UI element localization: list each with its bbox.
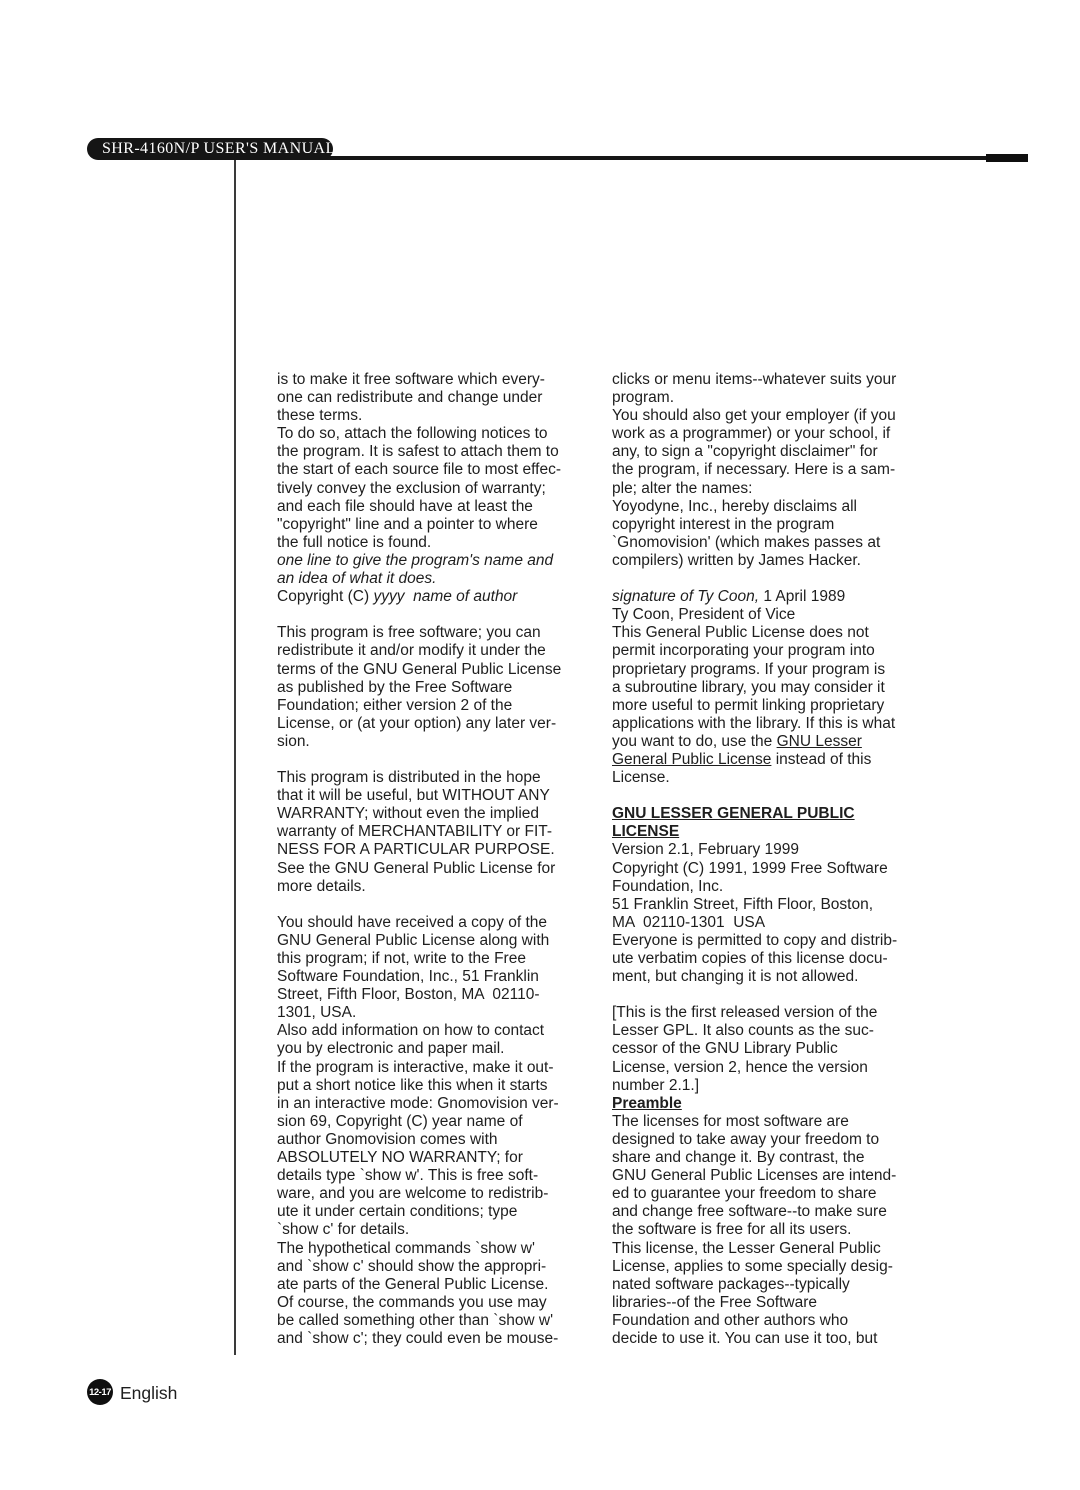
text-line: ed to guarantee your freedom to share [612, 1185, 897, 1203]
manual-title: SHR-4160N/P USER'S MANUAL [102, 140, 336, 158]
text-line [612, 986, 897, 1004]
text-segment: clicks or menu items--whatever suits you… [612, 371, 896, 388]
text-line: LICENSE [612, 823, 897, 841]
text-segment: This program is free software; you can [277, 624, 541, 641]
text-line: License, version 2, hence the version [612, 1059, 897, 1077]
text-segment: you by electronic and paper mail. [277, 1040, 504, 1057]
text-segment: be called something other than `show w' [277, 1312, 553, 1329]
text-line: ute verbatim copies of this license docu… [612, 950, 897, 968]
text-segment: Also add information on how to contact [277, 1022, 544, 1039]
manual-page: SHR-4160N/P USER'S MANUAL is to make it … [0, 0, 1080, 1490]
text-line: is to make it free software which every- [277, 371, 561, 389]
text-segment: author Gnomovision comes with [277, 1131, 498, 1148]
text-segment: You should also get your employer (if yo… [612, 407, 896, 424]
text-line: one line to give the program's name and [277, 552, 561, 570]
text-segment: the start of each source file to most ef… [277, 461, 561, 478]
text-segment: sion. [277, 733, 310, 750]
text-segment: share and change it. By contrast, the [612, 1149, 864, 1166]
text-segment: one can redistribute and change under [277, 389, 542, 406]
text-line: This license, the Lesser General Public [612, 1240, 897, 1258]
text-segment: program. [612, 389, 674, 406]
text-line: GNU General Public Licenses are intend- [612, 1167, 897, 1185]
text-line: Foundation; either version 2 of the [277, 697, 561, 715]
text-segment: GNU General Public License along with [277, 932, 549, 949]
text-line: the program, if necessary. Here is a sam… [612, 461, 897, 479]
text-line: Ty Coon, President of Vice [612, 606, 897, 624]
text-line: in an interactive mode: Gnomovision ver- [277, 1095, 561, 1113]
text-segment: Foundation; either version 2 of the [277, 697, 512, 714]
text-line: and `show c'; they could even be mouse- [277, 1330, 561, 1348]
text-segment: You should have received a copy of the [277, 914, 547, 931]
text-line: the program. It is safest to attach them… [277, 443, 561, 461]
text-line: number 2.1.] [612, 1077, 897, 1095]
text-line: "copyright" line and a pointer to where [277, 516, 561, 534]
text-line: 1301, USA. [277, 1004, 561, 1022]
text-segment: compilers) written by James Hacker. [612, 552, 861, 569]
text-line: the full notice is found. [277, 534, 561, 552]
text-line: any, to sign a "copyright disclaimer" fo… [612, 443, 897, 461]
text-segment: ment, but changing it is not allowed. [612, 968, 858, 985]
text-line: Software Foundation, Inc., 51 Franklin [277, 968, 561, 986]
text-segment: work as a programmer) or your school, if [612, 425, 890, 442]
text-segment: See the GNU General Public License for [277, 860, 555, 877]
text-line: sion 69, Copyright (C) year name of [277, 1113, 561, 1131]
text-line: Foundation, Inc. [612, 878, 897, 896]
text-line: share and change it. By contrast, the [612, 1149, 897, 1167]
text-segment: an idea of what it does. [277, 570, 436, 587]
text-segment: `Gnomovision' (which makes passes at [612, 534, 880, 551]
text-segment: this program; if not, write to the Free [277, 950, 526, 967]
text-segment: cessor of the GNU Library Public [612, 1040, 838, 1057]
text-line: Lesser GPL. It also counts as the suc- [612, 1022, 897, 1040]
text-segment: sion 69, Copyright (C) year name of [277, 1113, 523, 1130]
text-segment: 1301, USA. [277, 1004, 356, 1021]
text-line: proprietary programs. If your program is [612, 661, 897, 679]
text-line: designed to take away your freedom to [612, 1131, 897, 1149]
text-line: Street, Fifth Floor, Boston, MA 02110- [277, 986, 561, 1004]
text-segment: ware, and you are welcome to redistrib- [277, 1185, 548, 1202]
text-segment: applications with the library. If this i… [612, 715, 895, 732]
text-line: Version 2.1, February 1999 [612, 841, 897, 859]
text-line: GNU LESSER GENERAL PUBLIC [612, 805, 897, 823]
text-segment: yyyy name of author [373, 588, 517, 605]
text-line: General Public License instead of this [612, 751, 897, 769]
text-line: `Gnomovision' (which makes passes at [612, 534, 897, 552]
text-line: be called something other than `show w' [277, 1312, 561, 1330]
text-line: you want to do, use the GNU Lesser [612, 733, 897, 751]
text-segment: The hypothetical commands `show w' [277, 1240, 535, 1257]
text-line: as published by the Free Software [277, 679, 561, 697]
text-line: If the program is interactive, make it o… [277, 1059, 561, 1077]
text-line: the start of each source file to most ef… [277, 461, 561, 479]
text-segment: ed to guarantee your freedom to share [612, 1185, 877, 1202]
text-segment: License, or (at your option) any later v… [277, 715, 556, 732]
text-line: copyright interest in the program [612, 516, 897, 534]
text-segment: This General Public License does not [612, 624, 869, 641]
header-rule-endcap [986, 154, 1028, 162]
text-line: sion. [277, 733, 561, 751]
text-segment: GNU LESSER GENERAL PUBLIC [612, 805, 855, 822]
text-segment: decide to use it. You can use it too, bu… [612, 1330, 877, 1347]
text-line: author Gnomovision comes with [277, 1131, 561, 1149]
text-segment: Yoyodyne, Inc., hereby disclaims all [612, 498, 857, 515]
text-line: Yoyodyne, Inc., hereby disclaims all [612, 498, 897, 516]
text-line: License, applies to some specially desig… [612, 1258, 897, 1276]
text-segment: GNU Lesser [777, 733, 862, 750]
text-segment: put a short notice like this when it sta… [277, 1077, 548, 1094]
text-line: compilers) written by James Hacker. [612, 552, 897, 570]
text-segment: the full notice is found. [277, 534, 431, 551]
text-line: and `show c' should show the appropri- [277, 1258, 561, 1276]
text-segment: a subroutine library, you may consider i… [612, 679, 885, 696]
text-segment: Of course, the commands you use may [277, 1294, 547, 1311]
text-segment: Software Foundation, Inc., 51 Franklin [277, 968, 539, 985]
text-line: program. [612, 389, 897, 407]
text-segment: the software is free for all its users. [612, 1221, 851, 1238]
text-line: The hypothetical commands `show w' [277, 1240, 561, 1258]
text-segment: is to make it free software which every- [277, 371, 545, 388]
text-line: Copyright (C) 1991, 1999 Free Software [612, 860, 897, 878]
text-segment: as published by the Free Software [277, 679, 512, 696]
text-line: This General Public License does not [612, 624, 897, 642]
text-line: [This is the first released version of t… [612, 1004, 897, 1022]
text-line: cessor of the GNU Library Public [612, 1040, 897, 1058]
text-segment: Copyright (C) 1991, 1999 Free Software [612, 860, 888, 877]
text-line [612, 570, 897, 588]
text-segment: The licenses for most software are [612, 1113, 849, 1130]
text-segment: warranty of MERCHANTABILITY or FIT- [277, 823, 552, 840]
text-line [277, 896, 561, 914]
text-line: ABSOLUTELY NO WARRANTY; for [277, 1149, 561, 1167]
text-segment: "copyright" line and a pointer to where [277, 516, 538, 533]
text-line: and each file should have at least the [277, 498, 561, 516]
text-segment: and change free software--to make sure [612, 1203, 887, 1220]
text-segment: 1 April 1989 [759, 588, 845, 605]
text-line [277, 606, 561, 624]
text-line: these terms. [277, 407, 561, 425]
text-segment: General Public License [612, 751, 771, 768]
text-line: work as a programmer) or your school, if [612, 425, 897, 443]
text-segment: these terms. [277, 407, 362, 424]
text-line: redistribute it and/or modify it under t… [277, 642, 561, 660]
text-segment: License, applies to some specially desig… [612, 1258, 893, 1275]
text-line: You should have received a copy of the [277, 914, 561, 932]
text-segment: instead of this [771, 751, 871, 768]
text-line: terms of the GNU General Public License [277, 661, 561, 679]
text-line: NESS FOR A PARTICULAR PURPOSE. [277, 841, 561, 859]
text-segment: that it will be useful, but WITHOUT ANY [277, 787, 550, 804]
text-line [612, 787, 897, 805]
text-line: ple; alter the names: [612, 480, 897, 498]
license-text-left-column: is to make it free software which every-… [277, 371, 561, 1348]
text-line: this program; if not, write to the Free [277, 950, 561, 968]
text-line: applications with the library. If this i… [612, 715, 897, 733]
text-segment: LICENSE [612, 823, 679, 840]
text-segment: more details. [277, 878, 366, 895]
page-number: 12-17 [89, 1387, 111, 1398]
text-line: This program is distributed in the hope [277, 769, 561, 787]
text-segment: the program, if necessary. Here is a sam… [612, 461, 895, 478]
text-segment: the program. It is safest to attach them… [277, 443, 559, 460]
text-segment: tively convey the exclusion of warranty; [277, 480, 546, 497]
text-line: Foundation and other authors who [612, 1312, 897, 1330]
text-line: GNU General Public License along with [277, 932, 561, 950]
text-segment: Version 2.1, February 1999 [612, 841, 799, 858]
text-segment: Everyone is permitted to copy and distri… [612, 932, 897, 949]
text-segment: License. [612, 769, 670, 786]
text-segment: 51 Franklin Street, Fifth Floor, Boston, [612, 896, 873, 913]
text-segment: ABSOLUTELY NO WARRANTY; for [277, 1149, 523, 1166]
text-segment: nated software packages--typically [612, 1276, 850, 1293]
text-segment: and `show c'; they could even be mouse- [277, 1330, 558, 1347]
text-segment: and each file should have at least the [277, 498, 533, 515]
text-line: License. [612, 769, 897, 787]
text-line: an idea of what it does. [277, 570, 561, 588]
text-segment: Preamble [612, 1095, 682, 1112]
text-segment: you want to do, use the [612, 733, 777, 750]
text-segment: ple; alter the names: [612, 480, 752, 497]
license-text-right-column: clicks or menu items--whatever suits you… [612, 371, 897, 1348]
text-segment: Street, Fifth Floor, Boston, MA 02110- [277, 986, 539, 1003]
text-segment: proprietary programs. If your program is [612, 661, 885, 678]
text-segment: permit incorporating your program into [612, 642, 875, 659]
text-segment: If the program is interactive, make it o… [277, 1059, 554, 1076]
text-segment: any, to sign a "copyright disclaimer" fo… [612, 443, 878, 460]
text-line [277, 751, 561, 769]
text-line: The licenses for most software are [612, 1113, 897, 1131]
page-number-badge: 12-17 [87, 1379, 113, 1405]
text-line: a subroutine library, you may consider i… [612, 679, 897, 697]
text-segment: `show c' for details. [277, 1221, 409, 1238]
text-line: Also add information on how to contact [277, 1022, 561, 1040]
text-line: ware, and you are welcome to redistrib- [277, 1185, 561, 1203]
text-segment: in an interactive mode: Gnomovision ver- [277, 1095, 559, 1112]
text-segment: License, version 2, hence the version [612, 1059, 868, 1076]
text-line: permit incorporating your program into [612, 642, 897, 660]
text-line: License, or (at your option) any later v… [277, 715, 561, 733]
text-segment: WARRANTY; without even the implied [277, 805, 539, 822]
text-segment: ate parts of the General Public License. [277, 1276, 548, 1293]
text-line: ate parts of the General Public License. [277, 1276, 561, 1294]
text-line: This program is free software; you can [277, 624, 561, 642]
text-line: 51 Franklin Street, Fifth Floor, Boston, [612, 896, 897, 914]
text-line: To do so, attach the following notices t… [277, 425, 561, 443]
text-segment: To do so, attach the following notices t… [277, 425, 548, 442]
text-segment: number 2.1.] [612, 1077, 699, 1094]
text-line: the software is free for all its users. [612, 1221, 897, 1239]
text-line: Copyright (C) yyyy name of author [277, 588, 561, 606]
text-line: one can redistribute and change under [277, 389, 561, 407]
manual-title-tab: SHR-4160N/P USER'S MANUAL [87, 138, 333, 160]
text-line: Everyone is permitted to copy and distri… [612, 932, 897, 950]
text-segment: redistribute it and/or modify it under t… [277, 642, 546, 659]
text-segment: and `show c' should show the appropri- [277, 1258, 546, 1275]
text-line: that it will be useful, but WITHOUT ANY [277, 787, 561, 805]
text-line: details type `show w'. This is free soft… [277, 1167, 561, 1185]
text-segment: Foundation and other authors who [612, 1312, 848, 1329]
text-segment: details type `show w'. This is free soft… [277, 1167, 538, 1184]
text-line: you by electronic and paper mail. [277, 1040, 561, 1058]
text-line: Preamble [612, 1095, 897, 1113]
text-segment: terms of the GNU General Public License [277, 661, 561, 678]
text-segment: copyright interest in the program [612, 516, 834, 533]
text-segment: one line to give the program's name and [277, 552, 553, 569]
text-line: and change free software--to make sure [612, 1203, 897, 1221]
text-line: Of course, the commands you use may [277, 1294, 561, 1312]
text-line: decide to use it. You can use it too, bu… [612, 1330, 897, 1348]
text-segment: Copyright (C) [277, 588, 373, 605]
text-line: tively convey the exclusion of warranty; [277, 480, 561, 498]
text-segment: signature of Ty Coon, [612, 588, 759, 605]
text-segment: This license, the Lesser General Public [612, 1240, 881, 1257]
text-segment: This program is distributed in the hope [277, 769, 541, 786]
text-line: more details. [277, 878, 561, 896]
text-segment: NESS FOR A PARTICULAR PURPOSE. [277, 841, 555, 858]
text-segment: Foundation, Inc. [612, 878, 723, 895]
text-line: ute it under certain conditions; type [277, 1203, 561, 1221]
text-segment: GNU General Public Licenses are intend- [612, 1167, 896, 1184]
header-drop-rule [234, 159, 236, 1355]
text-line: See the GNU General Public License for [277, 860, 561, 878]
text-line: You should also get your employer (if yo… [612, 407, 897, 425]
text-line: more useful to permit linking proprietar… [612, 697, 897, 715]
text-line: WARRANTY; without even the implied [277, 805, 561, 823]
text-line: `show c' for details. [277, 1221, 561, 1239]
text-segment: libraries--of the Free Software [612, 1294, 817, 1311]
text-line: clicks or menu items--whatever suits you… [612, 371, 897, 389]
text-segment: ute it under certain conditions; type [277, 1203, 517, 1220]
text-line: put a short notice like this when it sta… [277, 1077, 561, 1095]
text-line: MA 02110-1301 USA [612, 914, 897, 932]
text-line: signature of Ty Coon, 1 April 1989 [612, 588, 897, 606]
text-segment: more useful to permit linking proprietar… [612, 697, 884, 714]
text-segment: Lesser GPL. It also counts as the suc- [612, 1022, 874, 1039]
text-segment: [This is the first released version of t… [612, 1004, 877, 1021]
text-line: ment, but changing it is not allowed. [612, 968, 897, 986]
language-label: English [120, 1383, 177, 1404]
text-line: libraries--of the Free Software [612, 1294, 897, 1312]
text-segment: ute verbatim copies of this license docu… [612, 950, 888, 967]
header-rule [233, 156, 1028, 160]
text-line: nated software packages--typically [612, 1276, 897, 1294]
text-segment: Ty Coon, President of Vice [612, 606, 795, 623]
text-segment: MA 02110-1301 USA [612, 914, 765, 931]
text-segment: designed to take away your freedom to [612, 1131, 879, 1148]
text-line: warranty of MERCHANTABILITY or FIT- [277, 823, 561, 841]
